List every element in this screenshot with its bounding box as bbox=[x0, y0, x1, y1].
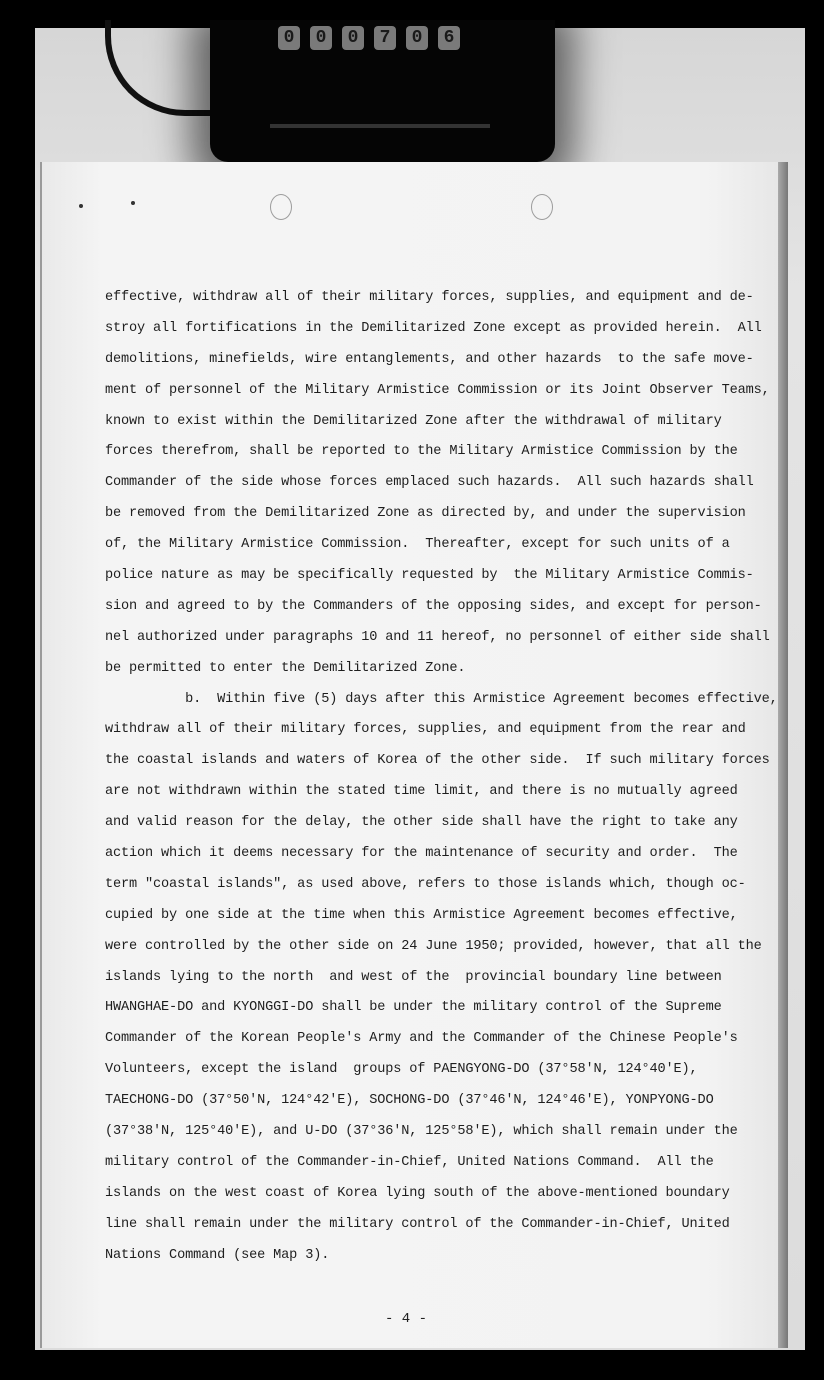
page-number: - 4 - bbox=[385, 1311, 427, 1327]
text-line: known to exist within the Demilitarized … bbox=[105, 407, 755, 438]
punch-hole-right bbox=[531, 194, 553, 220]
counter-digit: 0 bbox=[406, 26, 428, 50]
counter-slot bbox=[270, 124, 490, 128]
text-line: Volunteers, except the island groups of … bbox=[105, 1055, 755, 1086]
text-line: effective, withdraw all of their militar… bbox=[105, 283, 755, 314]
text-line: TAECHONG-DO (37°50'N, 124°42'E), SOCHONG… bbox=[105, 1086, 755, 1117]
text-line: action which it deems necessary for the … bbox=[105, 839, 755, 870]
punch-hole-left bbox=[270, 194, 292, 220]
ink-speck bbox=[79, 204, 83, 208]
text-line: islands on the west coast of Korea lying… bbox=[105, 1179, 755, 1210]
text-line: be permitted to enter the Demilitarized … bbox=[105, 654, 755, 685]
text-line: stroy all fortifications in the Demilita… bbox=[105, 314, 755, 345]
text-line: were controlled by the other side on 24 … bbox=[105, 932, 755, 963]
text-line: demolitions, minefields, wire entangleme… bbox=[105, 345, 755, 376]
text-line: withdraw all of their military forces, s… bbox=[105, 715, 755, 746]
frame-counter-device: 0 0 0 7 0 6 bbox=[210, 20, 555, 162]
text-line: HWANGHAE-DO and KYONGGI-DO shall be unde… bbox=[105, 993, 755, 1024]
text-line: Commander of the side whose forces empla… bbox=[105, 468, 755, 499]
text-line: police nature as may be specifically req… bbox=[105, 561, 755, 592]
text-line: are not withdrawn within the stated time… bbox=[105, 777, 755, 808]
text-line: ment of personnel of the Military Armist… bbox=[105, 376, 755, 407]
document-body: effective, withdraw all of their militar… bbox=[105, 283, 755, 1272]
counter-digit: 6 bbox=[438, 26, 460, 50]
text-line: term "coastal islands", as used above, r… bbox=[105, 870, 755, 901]
text-line: and valid reason for the delay, the othe… bbox=[105, 808, 755, 839]
text-line: islands lying to the north and west of t… bbox=[105, 963, 755, 994]
counter-digits: 0 0 0 7 0 6 bbox=[278, 26, 460, 50]
text-line: (37°38'N, 125°40'E), and U-DO (37°36'N, … bbox=[105, 1117, 755, 1148]
paragraph-b-start: b. Within five (5) days after this Armis… bbox=[105, 685, 755, 716]
ink-speck bbox=[131, 201, 135, 205]
text-line: of, the Military Armistice Commission. T… bbox=[105, 530, 755, 561]
counter-digit: 7 bbox=[374, 26, 396, 50]
text-line: Nations Command (see Map 3). bbox=[105, 1241, 755, 1272]
counter-digit: 0 bbox=[310, 26, 332, 50]
text-line: the coastal islands and waters of Korea … bbox=[105, 746, 755, 777]
text-line: sion and agreed to by the Commanders of … bbox=[105, 592, 755, 623]
counter-digit: 0 bbox=[342, 26, 364, 50]
text-line: line shall remain under the military con… bbox=[105, 1210, 755, 1241]
page-edge-shadow bbox=[778, 162, 788, 1348]
text-line: military control of the Commander-in-Chi… bbox=[105, 1148, 755, 1179]
text-line: be removed from the Demilitarized Zone a… bbox=[105, 499, 755, 530]
text-line: Commander of the Korean People's Army an… bbox=[105, 1024, 755, 1055]
text-line: cupied by one side at the time when this… bbox=[105, 901, 755, 932]
text-line: forces therefrom, shall be reported to t… bbox=[105, 437, 755, 468]
text-line: nel authorized under paragraphs 10 and 1… bbox=[105, 623, 755, 654]
counter-digit: 0 bbox=[278, 26, 300, 50]
